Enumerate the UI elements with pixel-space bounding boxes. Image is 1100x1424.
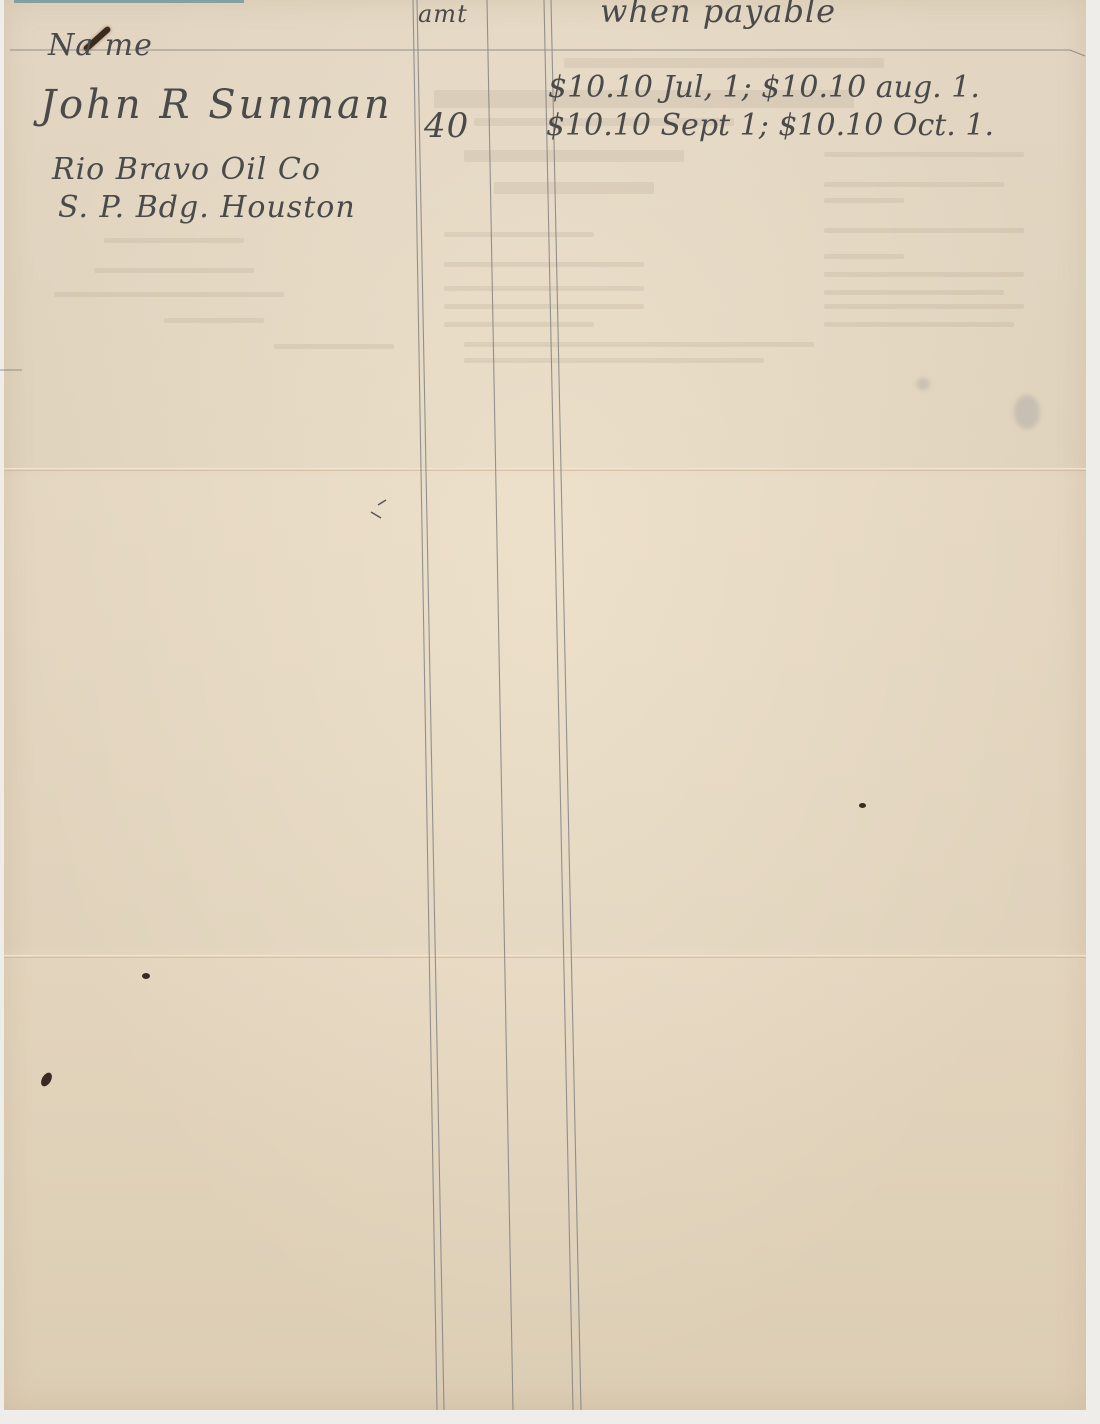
entry-amount: 40 (424, 106, 469, 146)
entry-company: Rio Bravo Oil Co (52, 152, 321, 187)
header-amount: amt (418, 0, 468, 28)
header-name: Na me (48, 28, 153, 63)
header-when-payable: when payable (600, 0, 836, 30)
entry-payments-line-2: $10.10 Sept 1; $10.10 Oct. 1. (546, 108, 994, 143)
header-rule (10, 50, 1085, 56)
entry-name: John R Sunman (40, 82, 393, 128)
entry-address: S. P. Bdg. Houston (58, 190, 356, 225)
entry-payments-line-1: $10.10 Jul, 1; $10.10 aug. 1. (548, 70, 980, 105)
